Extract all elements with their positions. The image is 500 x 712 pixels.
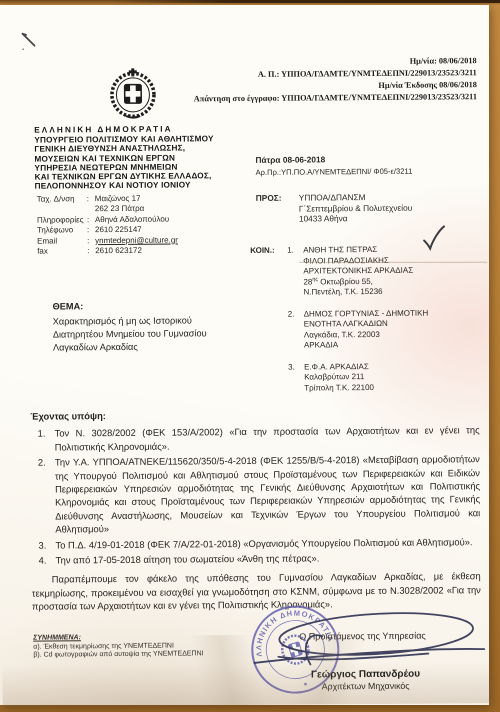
- place-date: Πάτρα 08-06-2018: [255, 154, 412, 166]
- cc-item: 1. ΑΝΘΗ ΤΗΣ ΠΕΤΡΑΣ ΦΙΛΟΙ ΠΑΡΑΔΟΣΙΑΚΗΣ ΑΡ…: [287, 245, 428, 299]
- page-content: Ημ/νία: 08/06/2018 Α. Π.: ΥΠΠΟΑ/ΓΔΑΜΤΕ/Υ…: [0, 3, 492, 707]
- contact-info: Ταχ. Δ/νση:Μαιζώνος 17 262 23 Πάτρα Πληρ…: [37, 194, 178, 258]
- recipient-label: ΠΡΟΣ:: [256, 193, 299, 225]
- recipient-lines: ΥΠΠΟΑ/ΔΠΑΝΣΜ Γ΄Σεπτεμβρίου & Πολυτεχνείο…: [299, 192, 413, 225]
- list-item: 2. Την Υ.Α. ΥΠΠΟΑ/ΑΤΝΕΚΕ/115620/350/5-4-…: [31, 452, 481, 536]
- fax-value: 2610 623172: [95, 246, 142, 257]
- attachment-line: β). Cd φωτογραφιών από αυτοψία της ΥΝΕΜΤ…: [33, 651, 203, 661]
- list-item: 1. Τον Ν. 3028/2002 (ΦΕΚ 153/Α/2002) «Γι…: [31, 424, 480, 454]
- subject-block: ΘΕΜΑ: Χαρακτηρισμός ή μη ως Ιστορικού Δι…: [53, 299, 207, 354]
- contact-person: Αθηνά Αδαλοπούλου: [95, 214, 169, 225]
- recipient-block: ΠΡΟΣ: ΥΠΠΟΑ/ΔΠΑΝΣΜ Γ΄Σεπτεμβρίου & Πολυτ…: [256, 192, 413, 225]
- address-value: 262 23 Πάτρα: [95, 204, 145, 215]
- protocol-number: Αρ.Πρ.:ΥΠ.ΠΟ.Α/ΥΝΕΜΤΕΔΕΠΝΙ/ Φ05-ε/3211: [256, 166, 413, 178]
- phone-value: 2610 225147: [95, 225, 142, 236]
- cc-item: 2. ΔΗΜΟΣ ΓΟΡΤΥΝΙΑΣ - ΔΗΜΟΤΙΚΗ ΕΝΟΤΗΤΑ ΛΑ…: [288, 308, 429, 351]
- body-text: Έχοντας υπόψη: 1. Τον Ν. 3028/2002 (ΦΕΚ …: [30, 406, 481, 613]
- letterhead-line: ΠΕΛΟΠΟΝΝΗΣΟΥ ΚΑΙ ΝΟΤΙΟΥ ΙΟΝΙΟΥ: [35, 180, 214, 191]
- cc-items: 1. ΑΝΘΗ ΤΗΣ ΠΕΤΡΑΣ ΦΙΛΟΙ ΠΑΡΑΔΟΣΙΑΚΗΣ ΑΡ…: [287, 245, 429, 405]
- cc-label: ΚΟΙΝ.:: [250, 246, 288, 405]
- subject-lines: Χαρακτηρισμός ή μη ως Ιστορικού Διατηρητ…: [53, 314, 207, 354]
- signatory-role: Αρχιτέκτων Μηχανικός: [271, 680, 461, 691]
- pen-mark-icon: [19, 31, 39, 51]
- list-item: 4. Την από 17-05-2018 αίτηση του σωματεί…: [32, 550, 481, 567]
- paper-crease: [299, 262, 487, 263]
- place-date-block: Πάτρα 08-06-2018 Αρ.Πρ.:ΥΠ.ΠΟ.Α/ΥΝΕΜΤΕΔΕ…: [255, 154, 412, 178]
- checkmark-icon: [419, 224, 447, 252]
- letterhead-line: ΕΛΛΗΝΙΚΗ ΔΗΜΟΚΡΑΤΙΑ: [34, 124, 213, 135]
- address-value: Μαιζώνος 17: [95, 194, 141, 205]
- protocol-header: Ημ/νία: 08/06/2018 Α. Π.: ΥΠΠΟΑ/ΓΔΑΜΤΕ/Υ…: [193, 55, 477, 105]
- reply-reference-line: Απάντηση στο έγγραφο: ΥΠΠΟΑ/ΓΔΑΜΤΕ/ΥΝΜΤΕ…: [194, 91, 477, 105]
- list-item: 3. Το Π.Δ. 4/19-01-2018 (ΦΕΚ 7/Α/22-01-2…: [31, 535, 480, 552]
- document-page: Ημ/νία: 08/06/2018 Α. Π.: ΥΠΠΟΑ/ΓΔΑΜΤΕ/Υ…: [0, 5, 489, 705]
- contact-row: fax:2610 623172: [37, 246, 178, 258]
- subject-label: ΘΕΜΑ:: [53, 299, 207, 313]
- attachments-block: ΣΥΝΗΜΜΕΝΑ: α). Έκθεση τεκμηρίωσης της ΥΝ…: [33, 633, 203, 660]
- having-regard-heading: Έχοντας υπόψη:: [30, 406, 479, 423]
- greek-coat-of-arms-icon: [102, 67, 164, 119]
- signatory-name-block: Γεώργιος Παπανδρέου Αρχιτέκτων Μηχανικός: [270, 667, 460, 691]
- email-value: ynmtedepni@culture.gr: [95, 235, 178, 246]
- contact-row: Email:ynmtedepni@culture.gr: [37, 235, 178, 247]
- letterhead: ΕΛΛΗΝΙΚΗ ΔΗΜΟΚΡΑΤΙΑ ΥΠΟΥΡΓΕΙΟ ΠΟΛΙΤΙΣΜΟΥ…: [34, 124, 214, 191]
- cc-block: ΚΟΙΝ.: 1. ΑΝΘΗ ΤΗΣ ΠΕΤΡΑΣ ΦΙΛΟΙ ΠΑΡΑΔΟΣΙ…: [250, 245, 429, 405]
- cc-item: 3. Ε.Φ.Α. ΑΡΚΑΔΙΑΣ Καλαβρύτων 211 Τρίπολ…: [288, 361, 429, 394]
- contact-row: Πληροφορίες:Αθηνά Αδαλοπούλου: [37, 214, 178, 226]
